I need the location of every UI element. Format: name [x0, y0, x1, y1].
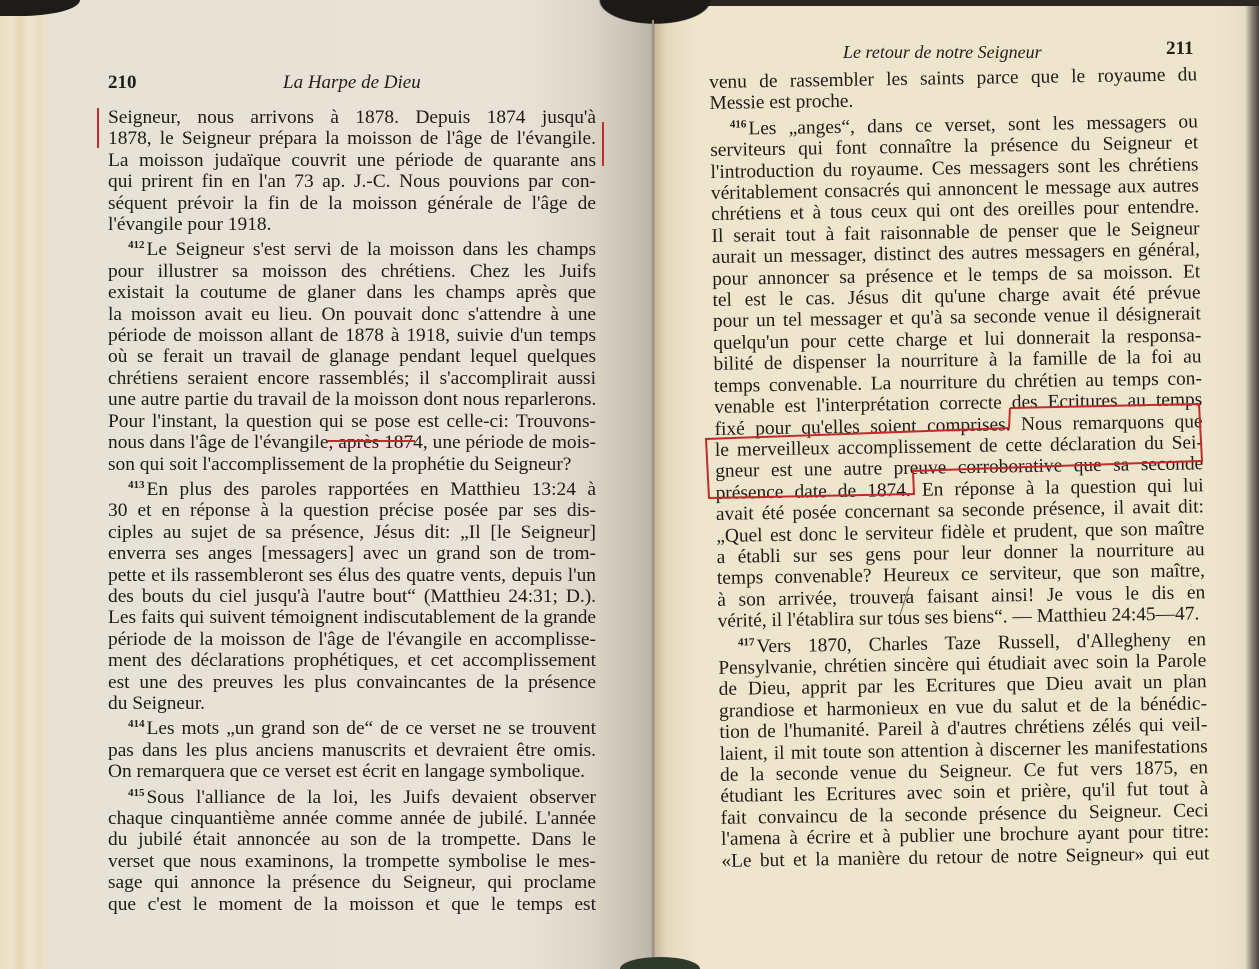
line-text: Le Seigneur s'est servi de la moisson da…	[147, 239, 597, 260]
line-text: chaque cinquantième année comme année de…	[108, 808, 596, 829]
paragraph-number: 414	[128, 718, 145, 730]
line-text: séquent prévoir la fin de la moisson gén…	[108, 193, 596, 214]
line-text: du jubilé était annoncée au son de la tr…	[108, 829, 596, 850]
red-margin-mark-left	[97, 108, 99, 148]
left-page-text-line: l'évangile pour 1918.	[108, 214, 596, 235]
line-text: une autre partie du travail de la moisso…	[108, 389, 596, 410]
line-text: chrétiens seraient encore rassemblés; il…	[108, 368, 596, 389]
left-page-text-line: 414Les mots „un grand son de“ de ce vers…	[108, 714, 596, 739]
line-text: qui prirent fin en l'an 73 ap. J.-C. Nou…	[108, 171, 596, 192]
right-running-title: Le retour de notre Seigneur	[843, 42, 1042, 63]
line-text: Sous l'alliance de la loi, les Juifs dev…	[147, 787, 597, 808]
left-page-text-line: séquent prévoir la fin de la moisson gén…	[108, 193, 596, 214]
line-text: du Seigneur.	[108, 693, 205, 714]
line-text: Seigneur, nous arrivons à 1878. Depuis 1…	[108, 107, 596, 128]
line-text: sage qui annonce la présence du Seigneur…	[108, 872, 596, 893]
red-underline-annotation	[327, 440, 415, 442]
right-page-body: venu de rassembler les saints parce que …	[709, 64, 1210, 872]
left-page-text-line: où se ferait un travail de glanage penda…	[108, 346, 596, 367]
left-running-title: La Harpe de Dieu	[283, 72, 421, 94]
line-text: période de moisson allant de 1878 à 1918…	[108, 325, 596, 346]
left-page-text-line: nous dans l'âge de l'évangile, après 187…	[108, 432, 596, 453]
line-text: On remarquera que ce verset est écrit en…	[108, 761, 585, 782]
line-text: pette et ils rassembleront ses élus des …	[108, 565, 596, 586]
paragraph-number: 412	[128, 239, 145, 251]
line-text: 1878, le Seigneur prépara la moisson de …	[108, 128, 596, 149]
left-page-text-line: Les faits qui suivent témoignent indiscu…	[108, 607, 596, 628]
left-page-text-line: 1878, le Seigneur prépara la moisson de …	[108, 128, 596, 149]
left-page-text-line: pour illustrer sa moisson des chrétiens.…	[108, 261, 596, 282]
red-margin-mark-right	[602, 122, 604, 166]
line-text: ment des déclarations prophétiques, et c…	[108, 650, 596, 671]
left-page-text-line: qui prirent fin en l'an 73 ap. J.-C. Nou…	[108, 171, 596, 192]
left-page-text-line: chrétiens seraient encore rassemblés; il…	[108, 368, 596, 389]
left-page-text-line: des bouts du ciel jusqu'à l'autre bout“ …	[108, 586, 596, 607]
left-page-text-line: la moisson avait eu lieu. On pouvait don…	[108, 304, 596, 325]
left-page-text-line: pas dans les plus anciens manuscrits et …	[108, 740, 596, 761]
right-page-number: 211	[1166, 38, 1193, 60]
line-text: est une des preuves les plus convaincant…	[108, 672, 596, 693]
line-text: la moisson avait eu lieu. On pouvait don…	[108, 304, 596, 325]
left-page-text-line: existait la coutume de glaner dans les c…	[108, 282, 596, 303]
line-text: enverra ses anges [messagers] avec un gr…	[108, 543, 596, 564]
line-text: son qui soit l'accomplissement de la pro…	[108, 454, 571, 475]
line-text: période de la moisson de l'âge de l'évan…	[108, 629, 596, 650]
line-text: Pour l'instant, la question qui se pose …	[108, 411, 596, 432]
paragraph-number: 417	[738, 636, 755, 648]
paragraph-number: 415	[128, 787, 145, 799]
left-page-text-line: pette et ils rassembleront ses élus des …	[108, 565, 596, 586]
left-page-text-line: chaque cinquantième année comme année de…	[108, 808, 596, 829]
line-text: En plus des paroles rapportées en Matthi…	[147, 479, 597, 500]
left-page-text-line: est une des preuves les plus convaincant…	[108, 672, 596, 693]
line-text: existait la coutume de glaner dans les c…	[108, 282, 596, 303]
paragraph-number: 413	[128, 479, 145, 491]
line-text: des bouts du ciel jusqu'à l'autre bout“ …	[108, 586, 596, 607]
line-text: que c'est le moment de la moisson et que…	[108, 894, 596, 915]
left-page-text-line: ciples au sujet de sa présence, Jésus di…	[108, 522, 596, 543]
left-page-text-line: son qui soit l'accomplissement de la pro…	[108, 454, 596, 475]
paragraph-number: 416	[730, 118, 747, 130]
line-text: pas dans les plus anciens manuscrits et …	[108, 740, 596, 761]
line-text: nous dans l'âge de l'évangile, après 187…	[108, 432, 596, 453]
left-page-text-line: 412Le Seigneur s'est servi de la moisson…	[108, 235, 596, 260]
book-spread: 210 La Harpe de Dieu Le retour de notre …	[0, 0, 1259, 969]
left-page-text-line: que c'est le moment de la moisson et que…	[108, 894, 596, 915]
line-text: Messie est proche.	[709, 91, 853, 114]
left-page-text-line: On remarquera que ce verset est écrit en…	[108, 761, 596, 782]
left-page-text-line: du jubilé était annoncée au son de la tr…	[108, 829, 596, 850]
line-text: ciples au sujet de sa présence, Jésus di…	[108, 522, 596, 543]
line-text: verset que nous examinons, la trompette …	[108, 851, 596, 872]
line-text: 30 et en réponse à la question précise p…	[108, 500, 596, 521]
left-page-text-line: Pour l'instant, la question qui se pose …	[108, 411, 596, 432]
left-page-text-line: verset que nous examinons, la trompette …	[108, 851, 596, 872]
line-text: pour illustrer sa moisson des chrétiens.…	[108, 261, 596, 282]
left-page-text-line: 413En plus des paroles rapportées en Mat…	[108, 475, 596, 500]
left-page-text-line: sage qui annonce la présence du Seigneur…	[108, 872, 596, 893]
left-page-text-line: ment des déclarations prophétiques, et c…	[108, 650, 596, 671]
left-page-text-line: période de la moisson de l'âge de l'évan…	[108, 629, 596, 650]
left-page-text-line: 415Sous l'alliance de la loi, les Juifs …	[108, 783, 596, 808]
line-text: l'évangile pour 1918.	[108, 214, 271, 235]
left-page-text-line: du Seigneur.	[108, 693, 596, 714]
line-text: Les mots „un grand son de“ de ce verset …	[147, 718, 597, 739]
left-page-text-line: enverra ses anges [messagers] avec un gr…	[108, 543, 596, 564]
left-page-body: Seigneur, nous arrivons à 1878. Depuis 1…	[108, 107, 596, 915]
left-page-text-line: La moisson judaïque couvrit une période …	[108, 150, 596, 171]
line-text: Les faits qui suivent témoignent indiscu…	[108, 607, 596, 628]
left-page-text-line: Seigneur, nous arrivons à 1878. Depuis 1…	[108, 107, 596, 128]
left-page-text-line: période de moisson allant de 1878 à 1918…	[108, 325, 596, 346]
left-page-text-line: 30 et en réponse à la question précise p…	[108, 500, 596, 521]
left-page-number: 210	[108, 72, 137, 94]
book-gutter	[652, 20, 654, 969]
line-text: La moisson judaïque couvrit une période …	[108, 150, 596, 171]
line-text: où se ferait un travail de glanage penda…	[108, 346, 596, 367]
left-page-text-line: une autre partie du travail de la moisso…	[108, 389, 596, 410]
